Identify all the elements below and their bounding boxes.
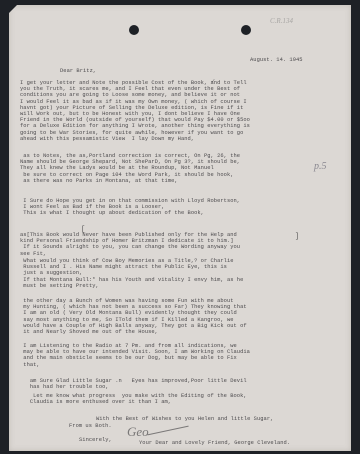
- letter-page: C.R.134 ✓ August. 14. 1945 Dear Britz, I…: [9, 5, 351, 451]
- closing-from-us: From us Both.: [69, 423, 112, 429]
- paragraph-editing-progress: Let me know what progress you make with …: [20, 393, 342, 405]
- handwritten-signature: Geo: [127, 424, 149, 440]
- paragraph-little-sugar: am Sure Glad Little Sugar .n Eyes has im…: [20, 378, 342, 390]
- letter-date: August. 14. 1945: [250, 57, 303, 63]
- paragraph-montana-bull: If that Montana Bull:* has his Youth and…: [20, 277, 342, 289]
- punch-hole-left: [129, 25, 139, 35]
- paragraph-dedication: as[This Book would Never have been Publi…: [20, 232, 342, 257]
- margin-handwritten-note: p.5: [314, 161, 327, 172]
- paragraph-hunting-story: the other day a Bunch of Women was havin…: [20, 298, 342, 335]
- paragraph-notes-corrections: as to Notes, the as,Portland correction …: [20, 153, 342, 184]
- bracket-open-mark: [: [81, 226, 85, 234]
- punch-hole-right: [241, 25, 251, 35]
- paragraph-title-suggestion: What would you think of Cow Boy Memories…: [20, 258, 342, 277]
- signoff-name: Your Dear and Lovely Friend, George Clev…: [139, 440, 290, 446]
- sincerely-text: Sincerely,: [79, 437, 112, 443]
- paragraph-visit: I am Listening to the Radio at 7 Pm. and…: [20, 343, 342, 368]
- folded-corner: [9, 5, 17, 13]
- closing-wishes: With the Best of Wishes to you Helen and…: [96, 416, 273, 422]
- signature-stroke: [147, 426, 188, 436]
- paragraph-book-cost: I get your letter and Note the possible …: [20, 80, 342, 142]
- archive-mark: C.R.134: [270, 17, 293, 25]
- letter-greeting: Dear Britz,: [60, 68, 96, 74]
- bracket-close-mark: ]: [295, 233, 299, 241]
- paragraph-commission: I Sure do Hope you get in on that commis…: [20, 198, 342, 217]
